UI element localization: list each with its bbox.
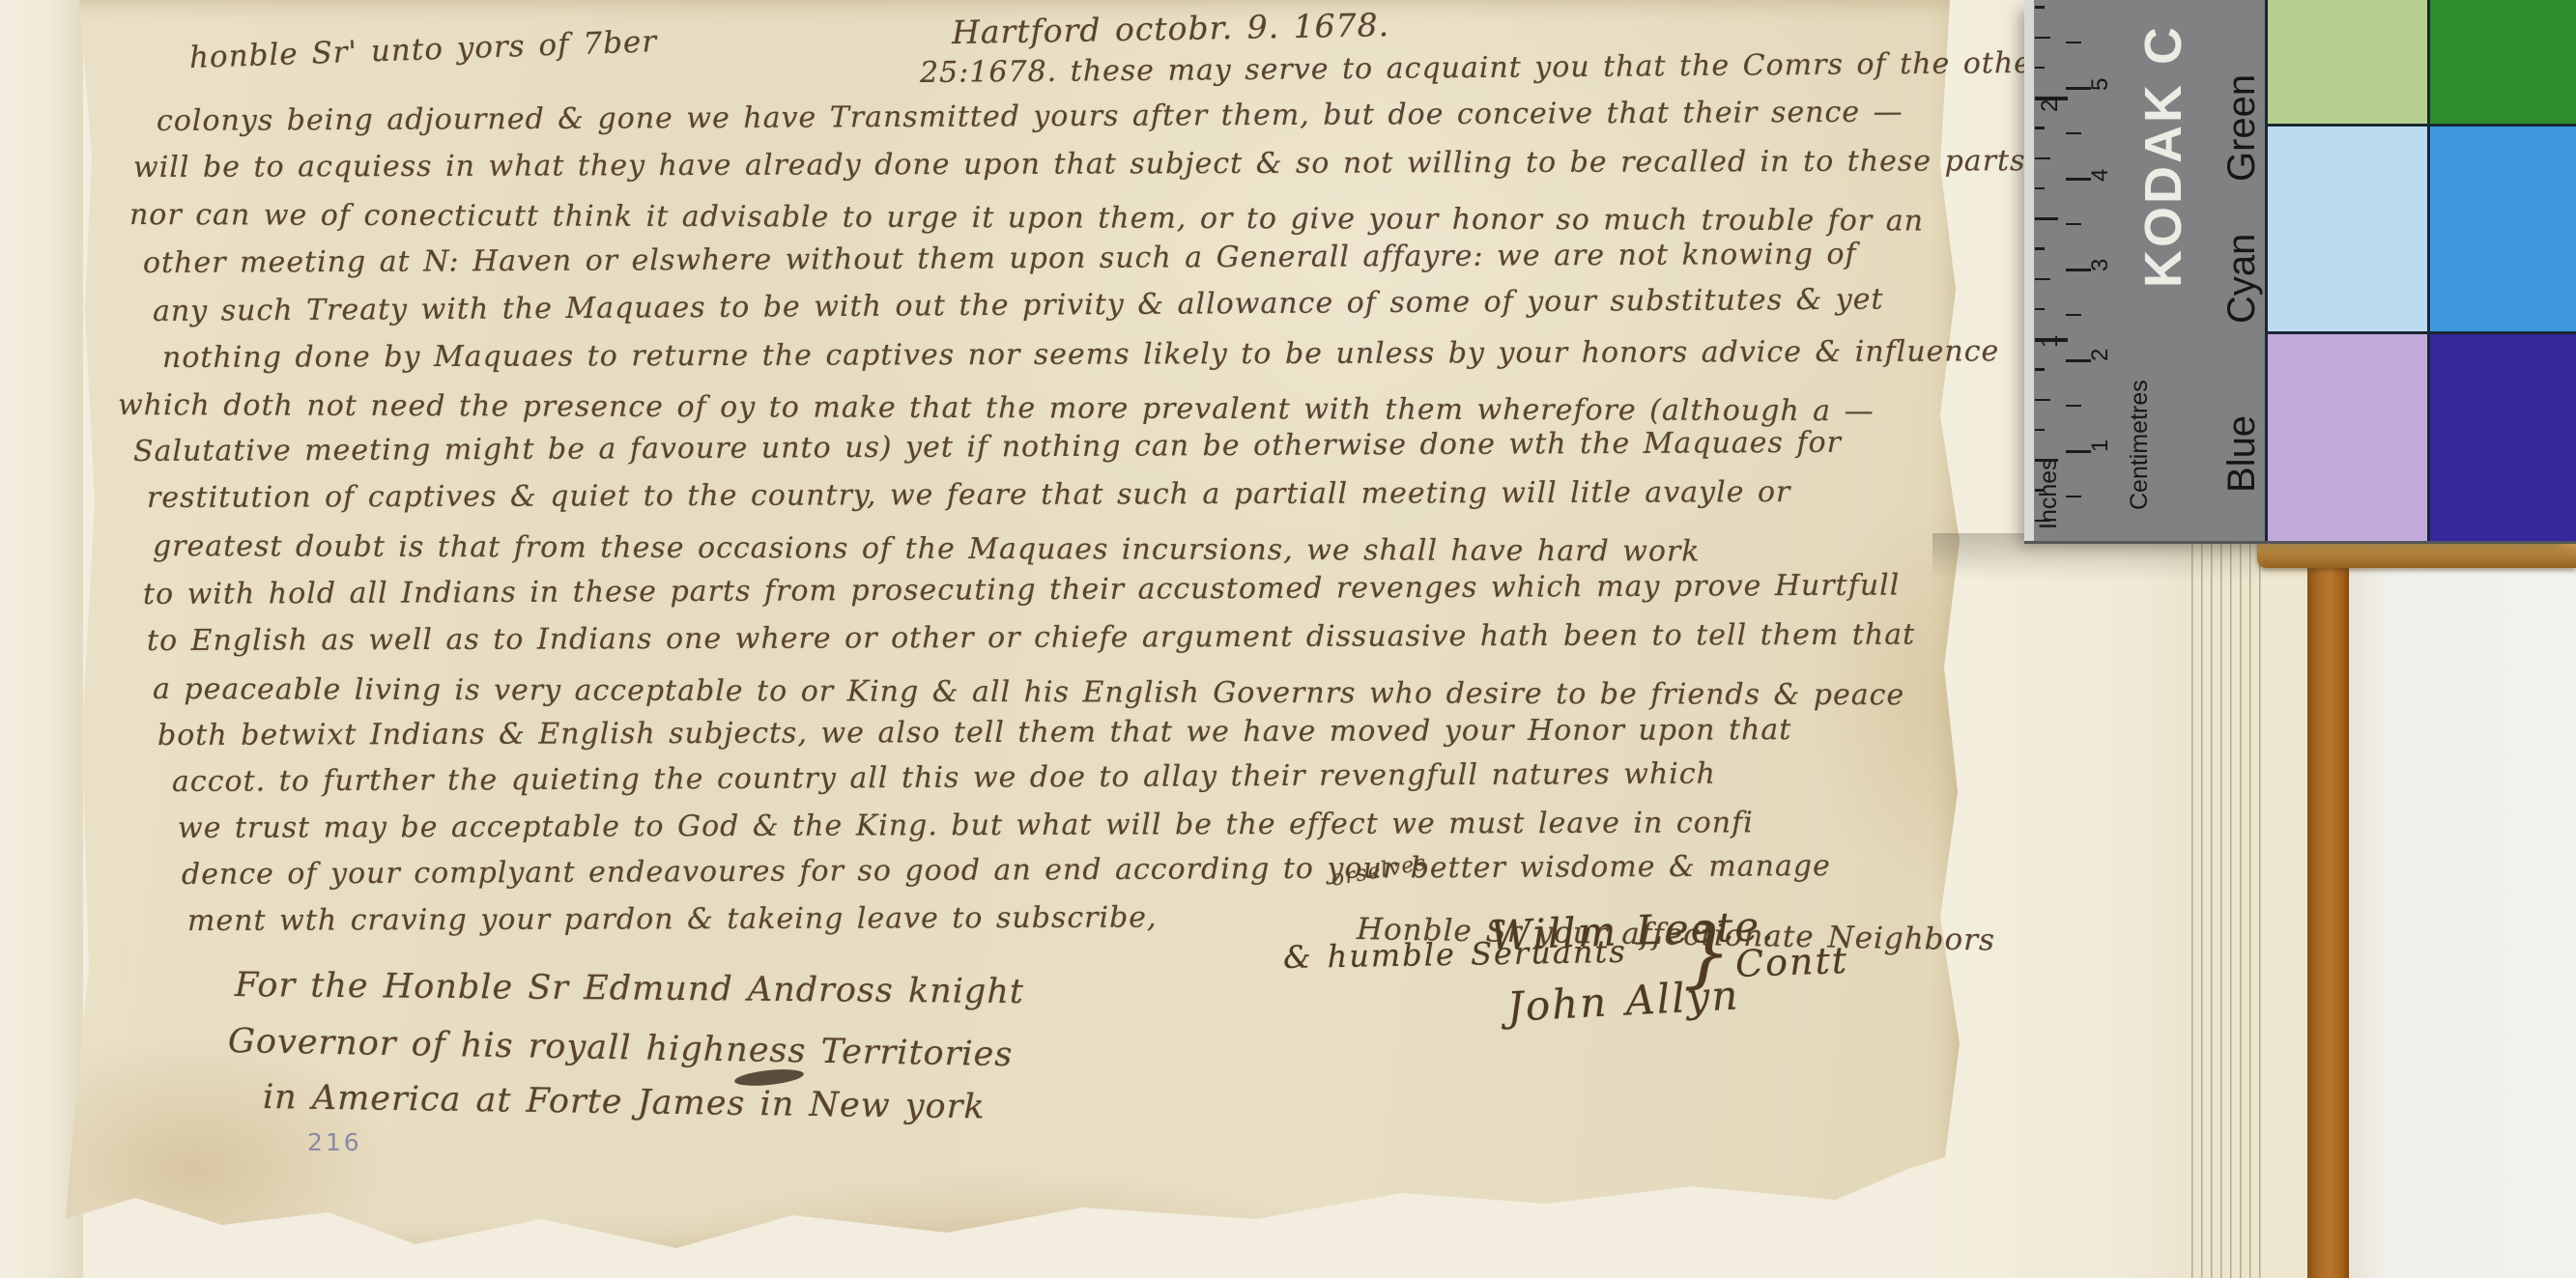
inch-ruler-tick: [2035, 520, 2050, 523]
inch-ruler-tick: [2035, 489, 2045, 492]
inch-ruler-tick: [2035, 97, 2068, 100]
book-fore-edge-margin: [2263, 537, 2307, 1278]
inch-ruler-tick: [2035, 157, 2050, 160]
cm-number-3: 3: [2089, 259, 2112, 271]
cm-ruler-tick: [2066, 496, 2081, 497]
patch-green-dark: [2430, 0, 2576, 124]
cm-ruler-tick: [2066, 450, 2091, 453]
cm-ruler-tick: [2066, 87, 2091, 90]
cm-number-2: 2: [2089, 349, 2112, 361]
inch-ruler-tick: [2035, 247, 2045, 250]
scan-stage: Hartford octobr. 9. 1678.honble Sr' unto…: [0, 0, 2576, 1278]
inch-ruler-tick: [2035, 217, 2058, 220]
inch-ruler-tick: [2035, 338, 2068, 342]
cm-ruler-tick: [2066, 132, 2081, 134]
cm-number-4: 4: [2089, 169, 2112, 182]
cm-number-5: 5: [2089, 78, 2112, 91]
cm-ruler-tick: [2066, 359, 2091, 362]
inch-ruler-tick: [2035, 127, 2045, 129]
card-label-cyan: Cyan: [2222, 234, 2261, 324]
patch-cyan-dark: [2430, 127, 2576, 331]
patch-cyan-light: [2268, 127, 2427, 331]
leather-cover-edge: [2307, 537, 2349, 1278]
ruler-label-centimetres: Centimetres: [2128, 380, 2152, 510]
cm-ruler-tick: [2066, 405, 2081, 407]
card-edge-strip: [2024, 0, 2034, 541]
patch-blue-light: [2268, 334, 2427, 541]
cm-number-1: 1: [2089, 440, 2112, 452]
inch-ruler-tick: [2035, 399, 2050, 402]
inch-ruler-tick: [2035, 368, 2045, 371]
color-patch-grid: [2265, 0, 2576, 541]
adjacent-white-page: [2349, 537, 2576, 1278]
manuscript-page: [39, 0, 1966, 1270]
cm-ruler-tick: [2066, 42, 2081, 43]
kodak-brand-text: KODAK C: [2137, 24, 2190, 288]
patch-green-light: [2268, 0, 2427, 124]
inch-ruler-tick: [2035, 308, 2045, 311]
inch-ruler-tick: [2035, 67, 2045, 70]
card-label-green: Green: [2222, 74, 2261, 182]
color-card: KODAK CGreenCyanBlueInchesCentimetres215…: [2024, 0, 2576, 544]
patch-blue-dark: [2430, 334, 2576, 541]
inch-ruler-tick: [2035, 187, 2045, 190]
inch-ruler-tick: [2035, 37, 2050, 40]
cm-ruler-tick: [2066, 314, 2081, 316]
cm-ruler-tick: [2066, 223, 2081, 225]
inch-ruler-tick: [2035, 429, 2045, 432]
backing-page-left: [0, 0, 83, 1278]
inch-ruler-tick: [2035, 459, 2058, 462]
cm-ruler-tick: [2066, 269, 2091, 271]
inch-ruler-tick: [2035, 278, 2050, 281]
card-label-blue: Blue: [2222, 415, 2261, 493]
cm-ruler-tick: [2066, 178, 2091, 181]
book-fore-edge-pages: [2186, 537, 2263, 1278]
inch-ruler-tick: [2035, 6, 2045, 9]
inch-number-2: 2: [2039, 99, 2062, 112]
